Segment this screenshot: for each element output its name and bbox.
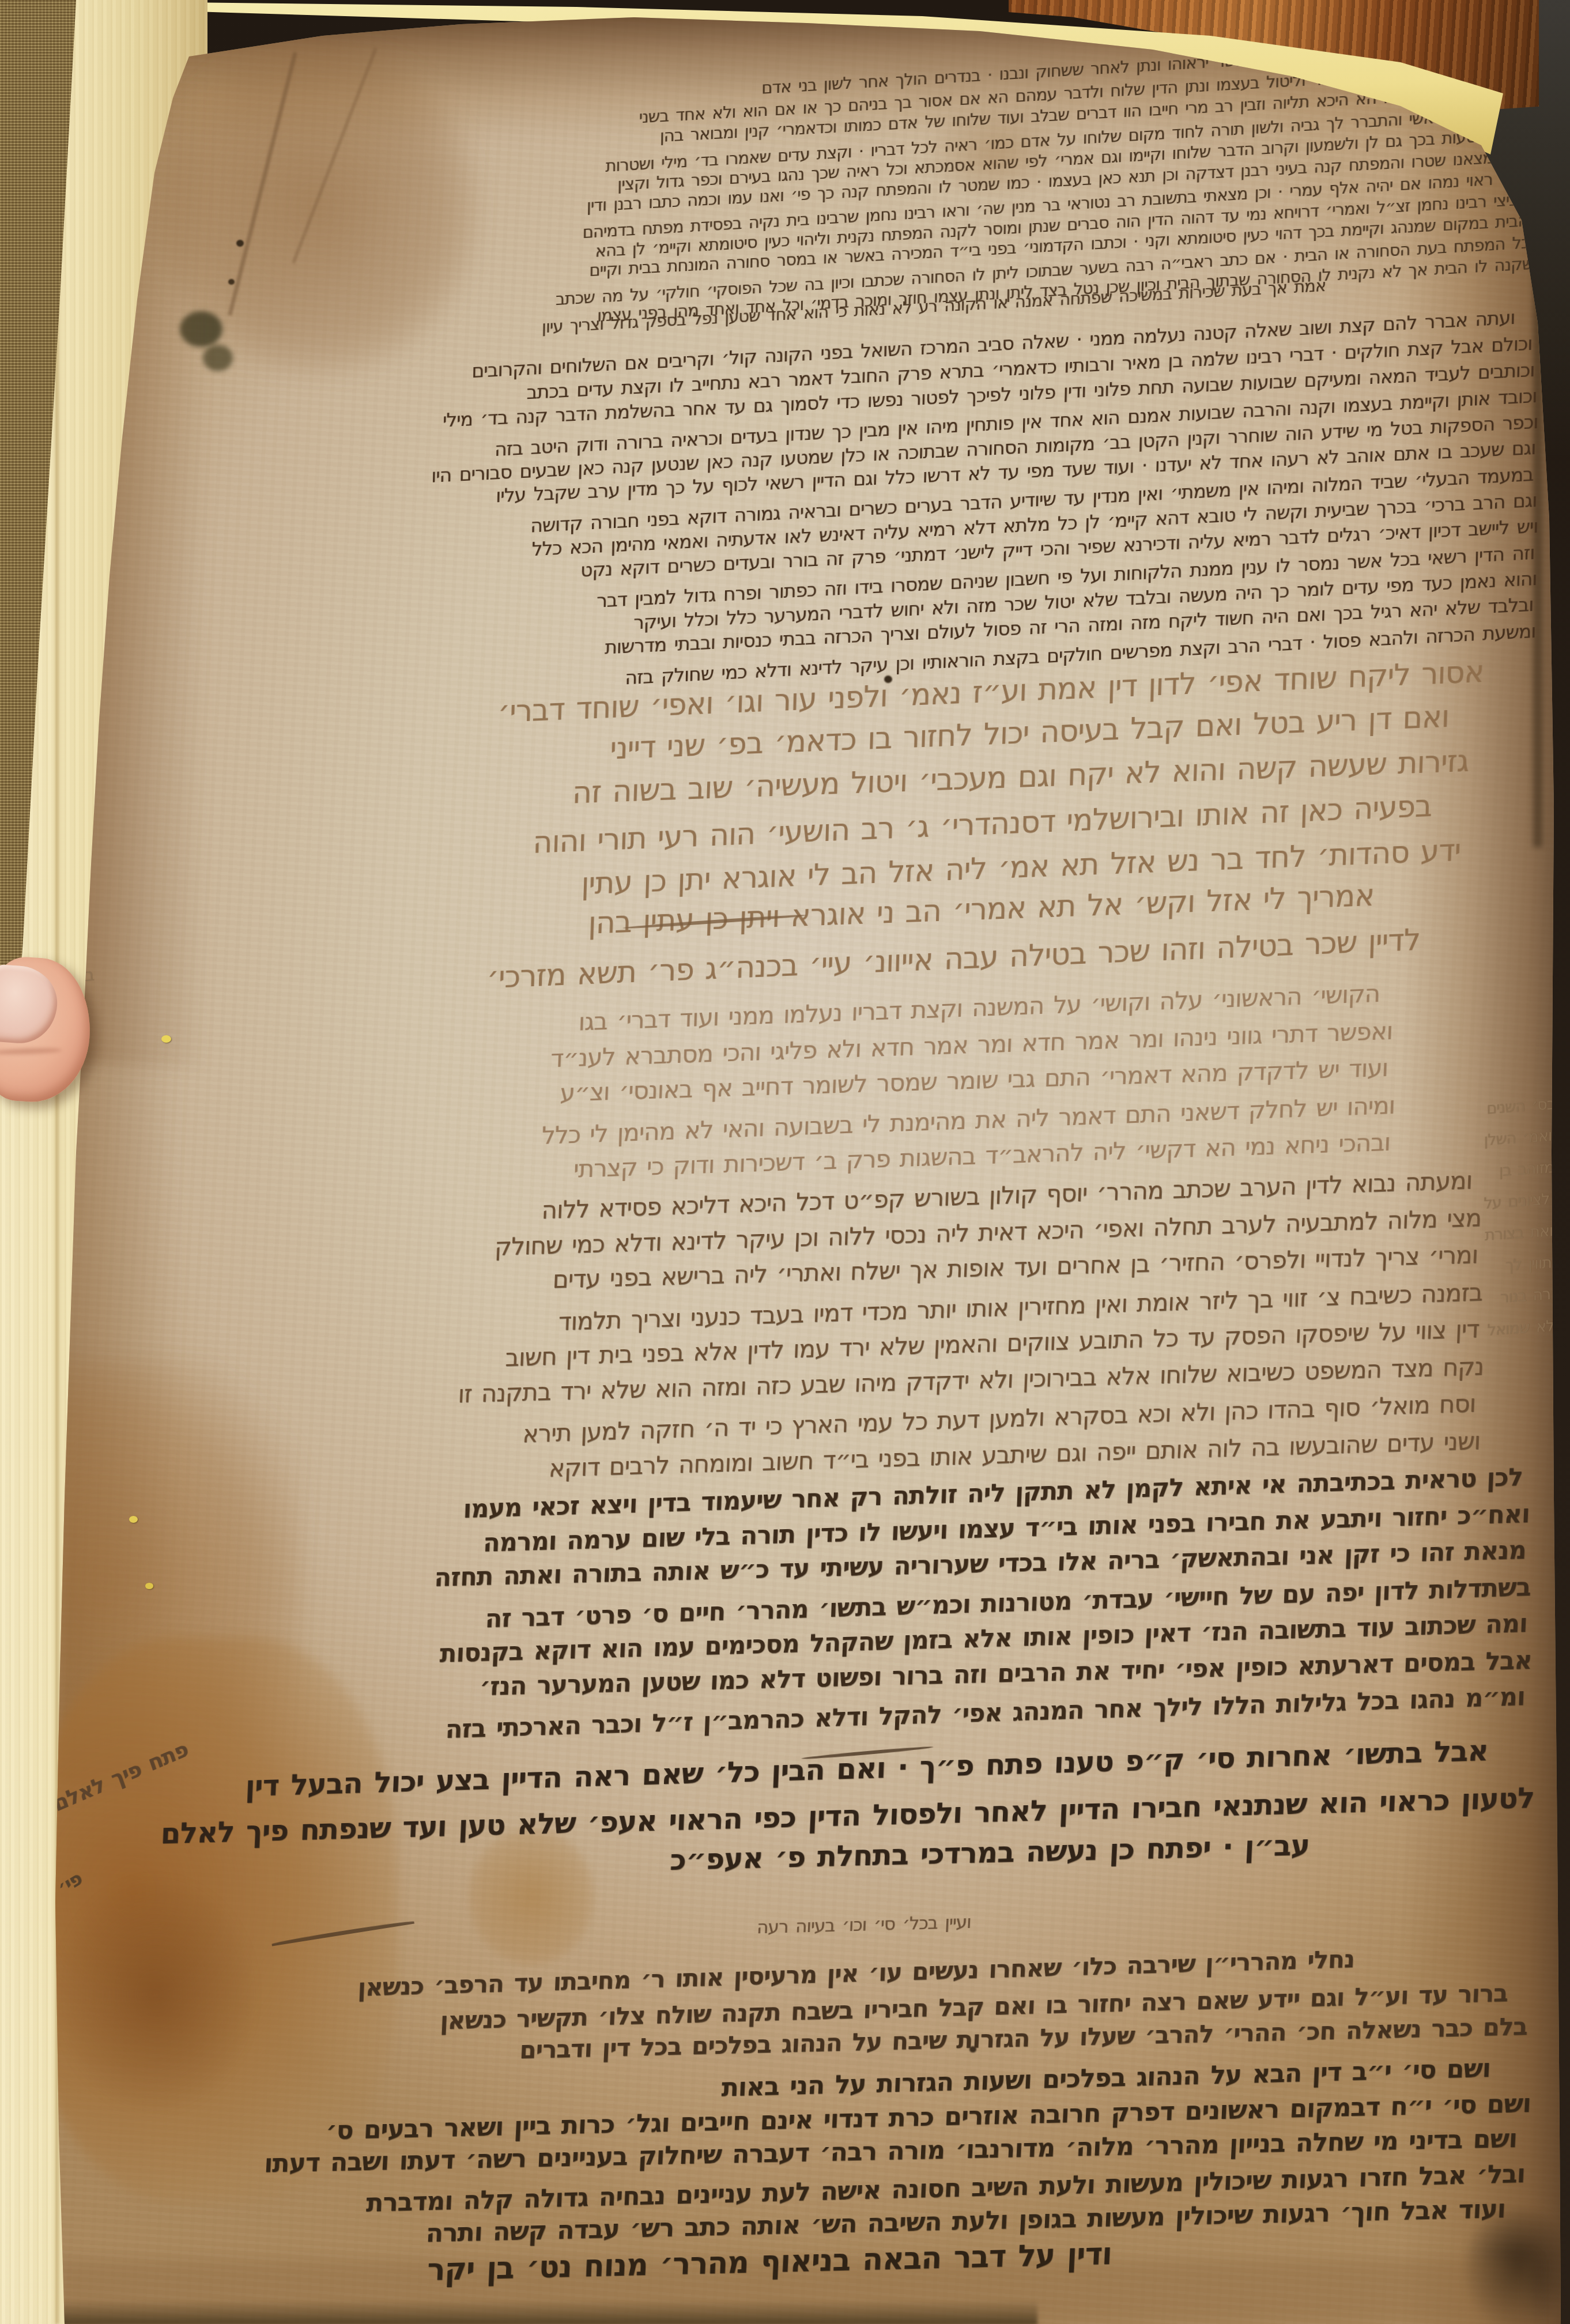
text-line: מזוהב בן bbox=[1484, 1152, 1554, 1188]
text-line: ואת בצורת bbox=[1484, 1215, 1553, 1252]
body-block-d1: הקושי׳ הראשוני׳ עלה וקושי׳ על המשנה וקצת… bbox=[541, 975, 1397, 1161]
thumb-nail bbox=[0, 964, 60, 1046]
manuscript-page[interactable]: אשחוק בקול׳ עבוד אם נעבוד אשר יראוהו ונת… bbox=[0, 0, 1570, 2324]
note-line-f: ועיין בכל׳ סי׳ וכו׳ בעיוה רעה bbox=[757, 1910, 971, 1934]
text-line: ועיין בכל׳ סי׳ וכו׳ בעיוה רעה bbox=[756, 1910, 971, 1940]
text-line: לא שמואל bbox=[1484, 1310, 1554, 1347]
margin-column-right: בס׳ השניםואמ׳ השלןמזוהב בןלציונים עלואת … bbox=[1484, 1088, 1555, 1342]
text-line: בס׳ השנים bbox=[1484, 1088, 1555, 1125]
body-block-h: ושם סי׳ י״ב דין הבא על הנהוג בפלכים ושעו… bbox=[264, 2051, 1540, 2227]
body-block-g: נחלי מהררי״ן שירבה כלו׳ שאחרו נעשים עו׳ … bbox=[357, 1942, 1539, 2044]
body-block-d3: לכן טראית בכתיבתה אי איתא לקמן לא תתקן ל… bbox=[434, 1459, 1532, 1716]
body-block-large-faded: אסור ליקח שוחד אפי׳ לדון דין אמת וע״ז נא… bbox=[486, 650, 1484, 963]
text-line: לציונים על bbox=[1484, 1183, 1549, 1220]
gloss-block-lower: ועתה אברר להם קצת ושוב שאלה קטנה נעלמה מ… bbox=[430, 304, 1538, 644]
body-block-d2: ומעתה נבוא לדין הערב שכתב מהרר׳ יוסף קול… bbox=[458, 1162, 1484, 1459]
photo-of-manuscript: אשחוק בקול׳ עבוד אם נעבוד אשר יראוהו ונת… bbox=[0, 0, 1570, 2324]
thumb-crease bbox=[0, 1047, 62, 1055]
manuscript-text: אשחוק בקול׳ עבוד אם נעבוד אשר יראוהו ונת… bbox=[0, 0, 1570, 2324]
text-line: רה בנור bbox=[1484, 1278, 1550, 1315]
text-line: ואמ׳ השלן bbox=[1484, 1120, 1552, 1156]
margin-note-diagonal: פתח פיך לאלם bbox=[54, 1791, 199, 1819]
body-block-e: אבל בתשו׳ אחרות סי׳ ק״פ טענו פתח פ״ך · ו… bbox=[160, 1727, 1540, 1869]
final-line: ודין על דבר הבאה בניאוף מהרר׳ מנוח נט׳ ב… bbox=[427, 2234, 1112, 2274]
text-line: ותווין לך bbox=[1484, 1247, 1555, 1283]
text-line: ודין על דבר הבאה בניאוף מהרר׳ מנוח נט׳ ב… bbox=[427, 2234, 1113, 2291]
